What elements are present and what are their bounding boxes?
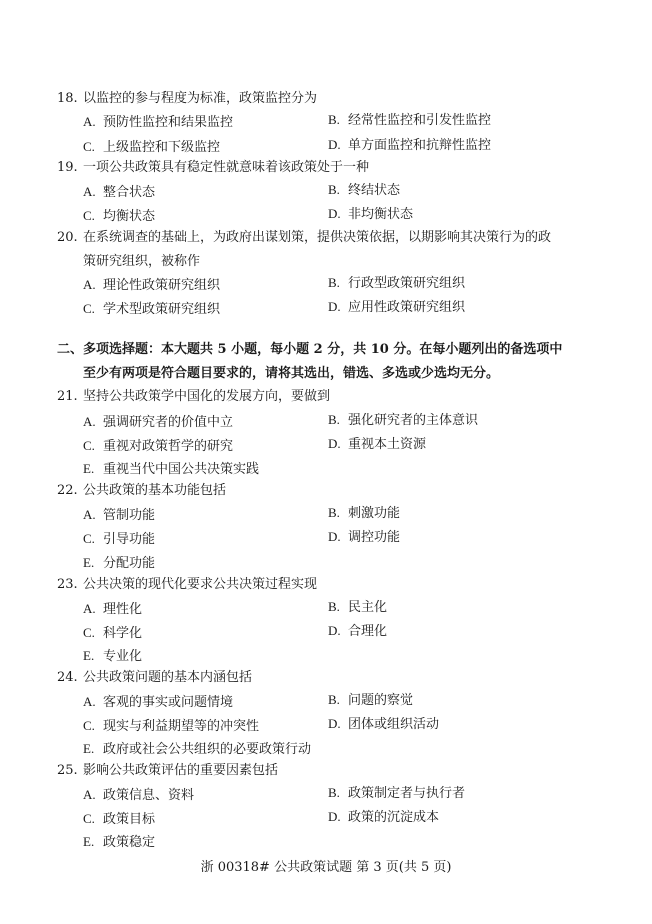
- exam-page: 18. 以监控的参与程度为标准，政策监控分为 A.预防性监控和结果监控 B.经常…: [0, 0, 652, 924]
- option-letter: C.: [83, 208, 103, 224]
- question-21-option-b: B.强化研究者的主体意识: [328, 412, 478, 429]
- question-25-option-c: C.政策目标: [83, 811, 155, 828]
- question-25-text: 影响公共政策评估的重要因素包括: [83, 763, 278, 779]
- question-23-option-a: A.理性化: [83, 601, 142, 618]
- option-letter: E.: [83, 461, 103, 477]
- option-text: 重视对政策哲学的研究: [103, 439, 233, 454]
- option-text: 终结状态: [348, 183, 400, 198]
- option-letter: D.: [328, 809, 348, 825]
- option-text: 政策目标: [103, 812, 155, 827]
- option-text: 重视本土资源: [348, 437, 426, 452]
- option-text: 分配功能: [103, 556, 155, 571]
- question-24-number: 24.: [57, 670, 78, 686]
- question-20-option-b: B.行政型政策研究组织: [328, 275, 465, 292]
- option-letter: B.: [328, 275, 348, 291]
- option-text: 引导功能: [103, 532, 155, 547]
- question-21-option-e: E.重视当代中国公共决策实践: [83, 461, 259, 478]
- option-letter: C.: [83, 301, 103, 317]
- option-letter: B.: [328, 112, 348, 128]
- question-21-option-d: D.重视本土资源: [328, 436, 426, 453]
- question-19-option-c: C.均衡状态: [83, 208, 155, 225]
- option-text: 管制功能: [103, 508, 155, 523]
- question-18-number: 18.: [57, 91, 78, 107]
- option-text: 整合状态: [103, 185, 155, 200]
- option-text: 刺激功能: [348, 506, 400, 521]
- question-18-option-a: A.预防性监控和结果监控: [83, 114, 233, 131]
- option-text: 经常性监控和引发性监控: [348, 113, 491, 128]
- option-text: 客观的事实或问题情境: [103, 695, 233, 710]
- question-25-option-e: E.政策稳定: [83, 834, 155, 851]
- option-text: 行政型政策研究组织: [348, 276, 465, 291]
- option-letter: D.: [328, 716, 348, 732]
- option-letter: D.: [328, 137, 348, 153]
- option-text: 均衡状态: [103, 209, 155, 224]
- question-25-number: 25.: [57, 763, 78, 779]
- option-text: 合理化: [348, 624, 387, 639]
- option-letter: A.: [83, 694, 103, 710]
- option-letter: C.: [83, 438, 103, 454]
- question-18-option-c: C.上级监控和下级监控: [83, 139, 220, 156]
- option-text: 政府或社会公共组织的必要政策行动: [103, 742, 311, 757]
- option-text: 上级监控和下级监控: [103, 140, 220, 155]
- option-letter: C.: [83, 531, 103, 547]
- option-text: 政策制定者与执行者: [348, 786, 465, 801]
- question-22-number: 22.: [57, 483, 78, 499]
- question-20-text: 在系统调查的基础上，为政府出谋划策，提供决策依据，以期影响其决策行为的政: [83, 230, 551, 246]
- question-24-text: 公共政策问题的基本内涵包括: [83, 670, 252, 686]
- option-letter: E.: [83, 648, 103, 664]
- option-letter: B.: [328, 182, 348, 198]
- option-letter: A.: [83, 184, 103, 200]
- option-letter: D.: [328, 623, 348, 639]
- option-text: 强调研究者的价值中立: [103, 415, 233, 430]
- question-24-option-e: E.政府或社会公共组织的必要政策行动: [83, 741, 311, 758]
- question-23-text: 公共决策的现代化要求公共决策过程实现: [83, 577, 317, 593]
- section-2-heading: 二、多项选择题：本大题共 5 小题，每小题 2 分，共 10 分。在每小题列出的…: [57, 342, 562, 358]
- option-letter: D.: [328, 436, 348, 452]
- option-letter: A.: [83, 601, 103, 617]
- option-text: 非均衡状态: [348, 207, 413, 222]
- question-18-text: 以监控的参与程度为标准，政策监控分为: [83, 91, 317, 107]
- option-letter: A.: [83, 114, 103, 130]
- question-23-option-d: D.合理化: [328, 623, 387, 640]
- option-letter: B.: [328, 505, 348, 521]
- option-text: 政策的沉淀成本: [348, 810, 439, 825]
- question-24-option-c: C.现实与利益期望等的冲突性: [83, 718, 259, 735]
- option-text: 团体或组织活动: [348, 717, 439, 732]
- question-22-option-e: E.分配功能: [83, 555, 155, 572]
- question-21-number: 21.: [57, 389, 78, 405]
- question-20-option-c: C.学术型政策研究组织: [83, 301, 220, 318]
- question-19-option-d: D.非均衡状态: [328, 206, 413, 223]
- option-text: 理论性政策研究组织: [103, 278, 220, 293]
- question-25-option-d: D.政策的沉淀成本: [328, 809, 439, 826]
- question-20-option-d: D.应用性政策研究组织: [328, 299, 465, 316]
- question-19-option-b: B.终结状态: [328, 182, 400, 199]
- question-24-option-a: A.客观的事实或问题情境: [83, 694, 233, 711]
- question-22-text: 公共政策的基本功能包括: [83, 483, 226, 499]
- option-text: 政策稳定: [103, 835, 155, 850]
- option-letter: B.: [328, 412, 348, 428]
- question-20-text-continued: 策研究组织，被称作: [83, 254, 200, 270]
- question-23-option-e: E.专业化: [83, 648, 142, 665]
- option-letter: B.: [328, 692, 348, 708]
- option-letter: C.: [83, 625, 103, 641]
- option-letter: C.: [83, 718, 103, 734]
- option-text: 理性化: [103, 602, 142, 617]
- option-letter: E.: [83, 555, 103, 571]
- question-22-option-a: A.管制功能: [83, 507, 155, 524]
- question-19-text: 一项公共政策具有稳定性就意味着该政策处于一种: [83, 160, 369, 176]
- option-letter: E.: [83, 834, 103, 850]
- option-text: 现实与利益期望等的冲突性: [103, 719, 259, 734]
- option-text: 政策信息、资料: [103, 788, 194, 803]
- question-24-option-b: B.问题的察觉: [328, 692, 413, 709]
- question-21-option-c: C.重视对政策哲学的研究: [83, 438, 233, 455]
- question-24-option-d: D.团体或组织活动: [328, 716, 439, 733]
- option-text: 应用性政策研究组织: [348, 300, 465, 315]
- question-23-option-b: B.民主化: [328, 599, 387, 616]
- question-23-number: 23.: [57, 577, 78, 593]
- option-text: 科学化: [103, 626, 142, 641]
- option-letter: D.: [328, 206, 348, 222]
- option-text: 民主化: [348, 600, 387, 615]
- option-text: 调控功能: [348, 530, 400, 545]
- option-letter: E.: [83, 741, 103, 757]
- question-21-text: 坚持公共政策学中国化的发展方向，要做到: [83, 389, 330, 405]
- option-text: 强化研究者的主体意识: [348, 413, 478, 428]
- option-letter: B.: [328, 785, 348, 801]
- option-text: 预防性监控和结果监控: [103, 115, 233, 130]
- question-25-option-a: A.政策信息、资料: [83, 787, 194, 804]
- option-text: 问题的察觉: [348, 693, 413, 708]
- section-2-instructions: 至少有两项是符合题目要求的，请将其选出，错选、多选或少选均无分。: [83, 366, 499, 382]
- option-text: 单方面监控和抗辩性监控: [348, 138, 491, 153]
- question-23-option-c: C.科学化: [83, 625, 142, 642]
- option-letter: D.: [328, 299, 348, 315]
- option-text: 专业化: [103, 649, 142, 664]
- question-19-option-a: A.整合状态: [83, 184, 155, 201]
- question-21-option-a: A.强调研究者的价值中立: [83, 414, 233, 431]
- option-letter: A.: [83, 414, 103, 430]
- question-22-option-b: B.刺激功能: [328, 505, 400, 522]
- question-20-option-a: A.理论性政策研究组织: [83, 277, 220, 294]
- option-letter: C.: [83, 811, 103, 827]
- question-20-number: 20.: [57, 230, 78, 246]
- question-22-option-d: D.调控功能: [328, 529, 400, 546]
- question-25-option-b: B.政策制定者与执行者: [328, 785, 465, 802]
- question-19-number: 19.: [57, 160, 78, 176]
- option-letter: A.: [83, 277, 103, 293]
- option-letter: D.: [328, 529, 348, 545]
- page-footer: 浙 00318# 公共政策试题 第 3 页(共 5 页): [0, 856, 652, 875]
- option-text: 学术型政策研究组织: [103, 302, 220, 317]
- question-22-option-c: C.引导功能: [83, 531, 155, 548]
- question-18-option-b: B.经常性监控和引发性监控: [328, 112, 491, 129]
- option-letter: A.: [83, 787, 103, 803]
- option-letter: A.: [83, 507, 103, 523]
- option-letter: B.: [328, 599, 348, 615]
- option-text: 重视当代中国公共决策实践: [103, 462, 259, 477]
- option-letter: C.: [83, 139, 103, 155]
- question-18-option-d: D.单方面监控和抗辩性监控: [328, 137, 491, 154]
